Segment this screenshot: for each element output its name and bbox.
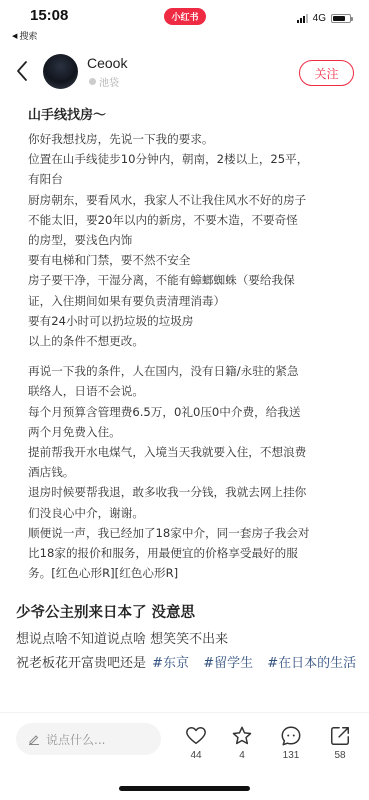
post-line: 每个月预算含管理费6.5万，0礼0压0中介费，给我送 bbox=[28, 402, 348, 422]
caption-line-2: 祝老板花开富贵吧还是 #东京 #留学生 #在日本的生活 bbox=[16, 652, 361, 676]
status-time: 15:08 bbox=[30, 7, 68, 24]
collect-button[interactable]: 4 bbox=[227, 725, 257, 761]
follow-button[interactable]: 关注 bbox=[299, 60, 354, 86]
post-line: 顺便说一声，我已经加了18家中介，同一套房子我会对 bbox=[28, 523, 348, 543]
collect-count: 4 bbox=[239, 750, 245, 761]
home-indicator[interactable] bbox=[119, 786, 250, 791]
post-line: 以上的条件不想更改。 bbox=[28, 331, 348, 351]
star-icon bbox=[231, 725, 253, 747]
post-line: 厨房朝东，要看风水，我家人不让我住风水不好的房子 bbox=[28, 190, 348, 210]
like-button[interactable]: 44 bbox=[181, 725, 211, 761]
share-button[interactable]: 58 bbox=[325, 725, 355, 761]
post-caption: 少爷公主别来日本了 没意思 想说点啥不知道说点啥 想笑笑不出来 祝老板花开富贵吧… bbox=[16, 602, 361, 676]
pencil-icon bbox=[28, 733, 40, 745]
post-content: 山手线找房～ 你好我想找房，先说一下我的要求。位置在山手线徒步10分钟内，朝南，… bbox=[28, 107, 348, 583]
comment-button[interactable]: 131 bbox=[276, 725, 306, 761]
post-line: 的房型，要浅色内饰 bbox=[28, 230, 348, 250]
post-line: 提前帮我开水电煤气，入境当天我就要入住，不想浪费 bbox=[28, 442, 348, 462]
author-name[interactable]: Ceook bbox=[87, 55, 127, 71]
post-line: 有阳台 bbox=[28, 169, 348, 189]
like-count: 44 bbox=[190, 750, 201, 761]
back-to-app-button[interactable]: ◀ 搜索 bbox=[12, 29, 37, 42]
hashtag-tokyo[interactable]: #东京 bbox=[152, 656, 189, 671]
share-count: 58 bbox=[334, 750, 345, 761]
caption-line-1: 想说点啥不知道说点啥 想笑笑不出来 bbox=[16, 628, 361, 652]
heart-icon bbox=[185, 725, 207, 747]
hashtag-students[interactable]: #留学生 bbox=[203, 656, 253, 671]
comment-input[interactable]: 说点什么... bbox=[16, 723, 161, 755]
back-app-label: 搜索 bbox=[19, 29, 37, 42]
post-line: 位置在山手线徒步10分钟内，朝南，2楼以上，25平， bbox=[28, 149, 348, 169]
post-line: 退房时候要帮我退，敢多收我一分钱，我就去网上挂你 bbox=[28, 482, 348, 502]
post-paragraph-conditions: 再说一下我的条件，人在国内，没有日籍/永驻的紧急联络人，日语不会说。每个月预算含… bbox=[28, 361, 348, 583]
back-triangle-icon: ◀ bbox=[12, 32, 17, 40]
app-badge: 小红书 bbox=[164, 8, 206, 25]
post-line: 们没良心中介，谢谢。 bbox=[28, 503, 348, 523]
status-indicators: 4G bbox=[297, 13, 351, 24]
post-line: 不能太旧，要20年以内的新房，不要木造，不要奇怪 bbox=[28, 210, 348, 230]
engagement-bar: 说点什么... 44 4 131 58 bbox=[0, 712, 369, 772]
post-line: 再说一下我的条件，人在国内，没有日籍/永驻的紧急 bbox=[28, 361, 348, 381]
post-line: 酒店钱。 bbox=[28, 462, 348, 482]
location-dot-icon bbox=[89, 78, 96, 85]
comment-icon bbox=[280, 725, 302, 747]
comment-placeholder: 说点什么... bbox=[46, 731, 105, 748]
post-line: 联络人，日语不会说。 bbox=[28, 381, 348, 401]
status-bar: 15:08 ◀ 搜索 小红书 4G bbox=[0, 0, 369, 40]
post-line: 要有24小时可以扔垃圾的垃圾房 bbox=[28, 311, 348, 331]
post-paragraph-requirements: 你好我想找房，先说一下我的要求。位置在山手线徒步10分钟内，朝南，2楼以上，25… bbox=[28, 129, 348, 351]
share-icon bbox=[329, 725, 351, 747]
back-chevron-icon[interactable] bbox=[14, 59, 30, 83]
author-avatar[interactable] bbox=[43, 54, 78, 89]
author-location: 池袋 bbox=[89, 74, 119, 89]
post-line: 两个月免费入住。 bbox=[28, 422, 348, 442]
post-line: 务。[红色心形R][红色心形R] bbox=[28, 563, 348, 583]
comment-count: 131 bbox=[283, 750, 300, 761]
post-line: 要有电梯和门禁，要不然不安全 bbox=[28, 250, 348, 270]
battery-icon bbox=[331, 14, 351, 23]
signal-icon bbox=[297, 14, 308, 23]
post-header: Ceook 池袋 关注 bbox=[0, 50, 369, 94]
hashtag-life-in-japan[interactable]: #在日本的生活 bbox=[267, 656, 356, 671]
network-type: 4G bbox=[313, 13, 326, 24]
post-line: 证，入住期间如果有要负责清理消毒） bbox=[28, 291, 348, 311]
post-line: 比18家的报价和服务，用最便宜的价格享受最好的服 bbox=[28, 543, 348, 563]
caption-title: 少爷公主别来日本了 没意思 bbox=[16, 602, 361, 624]
post-title: 山手线找房～ bbox=[28, 107, 348, 125]
post-line: 你好我想找房，先说一下我的要求。 bbox=[28, 129, 348, 149]
post-line: 房子要干净，干湿分离，不能有蟑螂蜘蛛（要给我保 bbox=[28, 270, 348, 290]
